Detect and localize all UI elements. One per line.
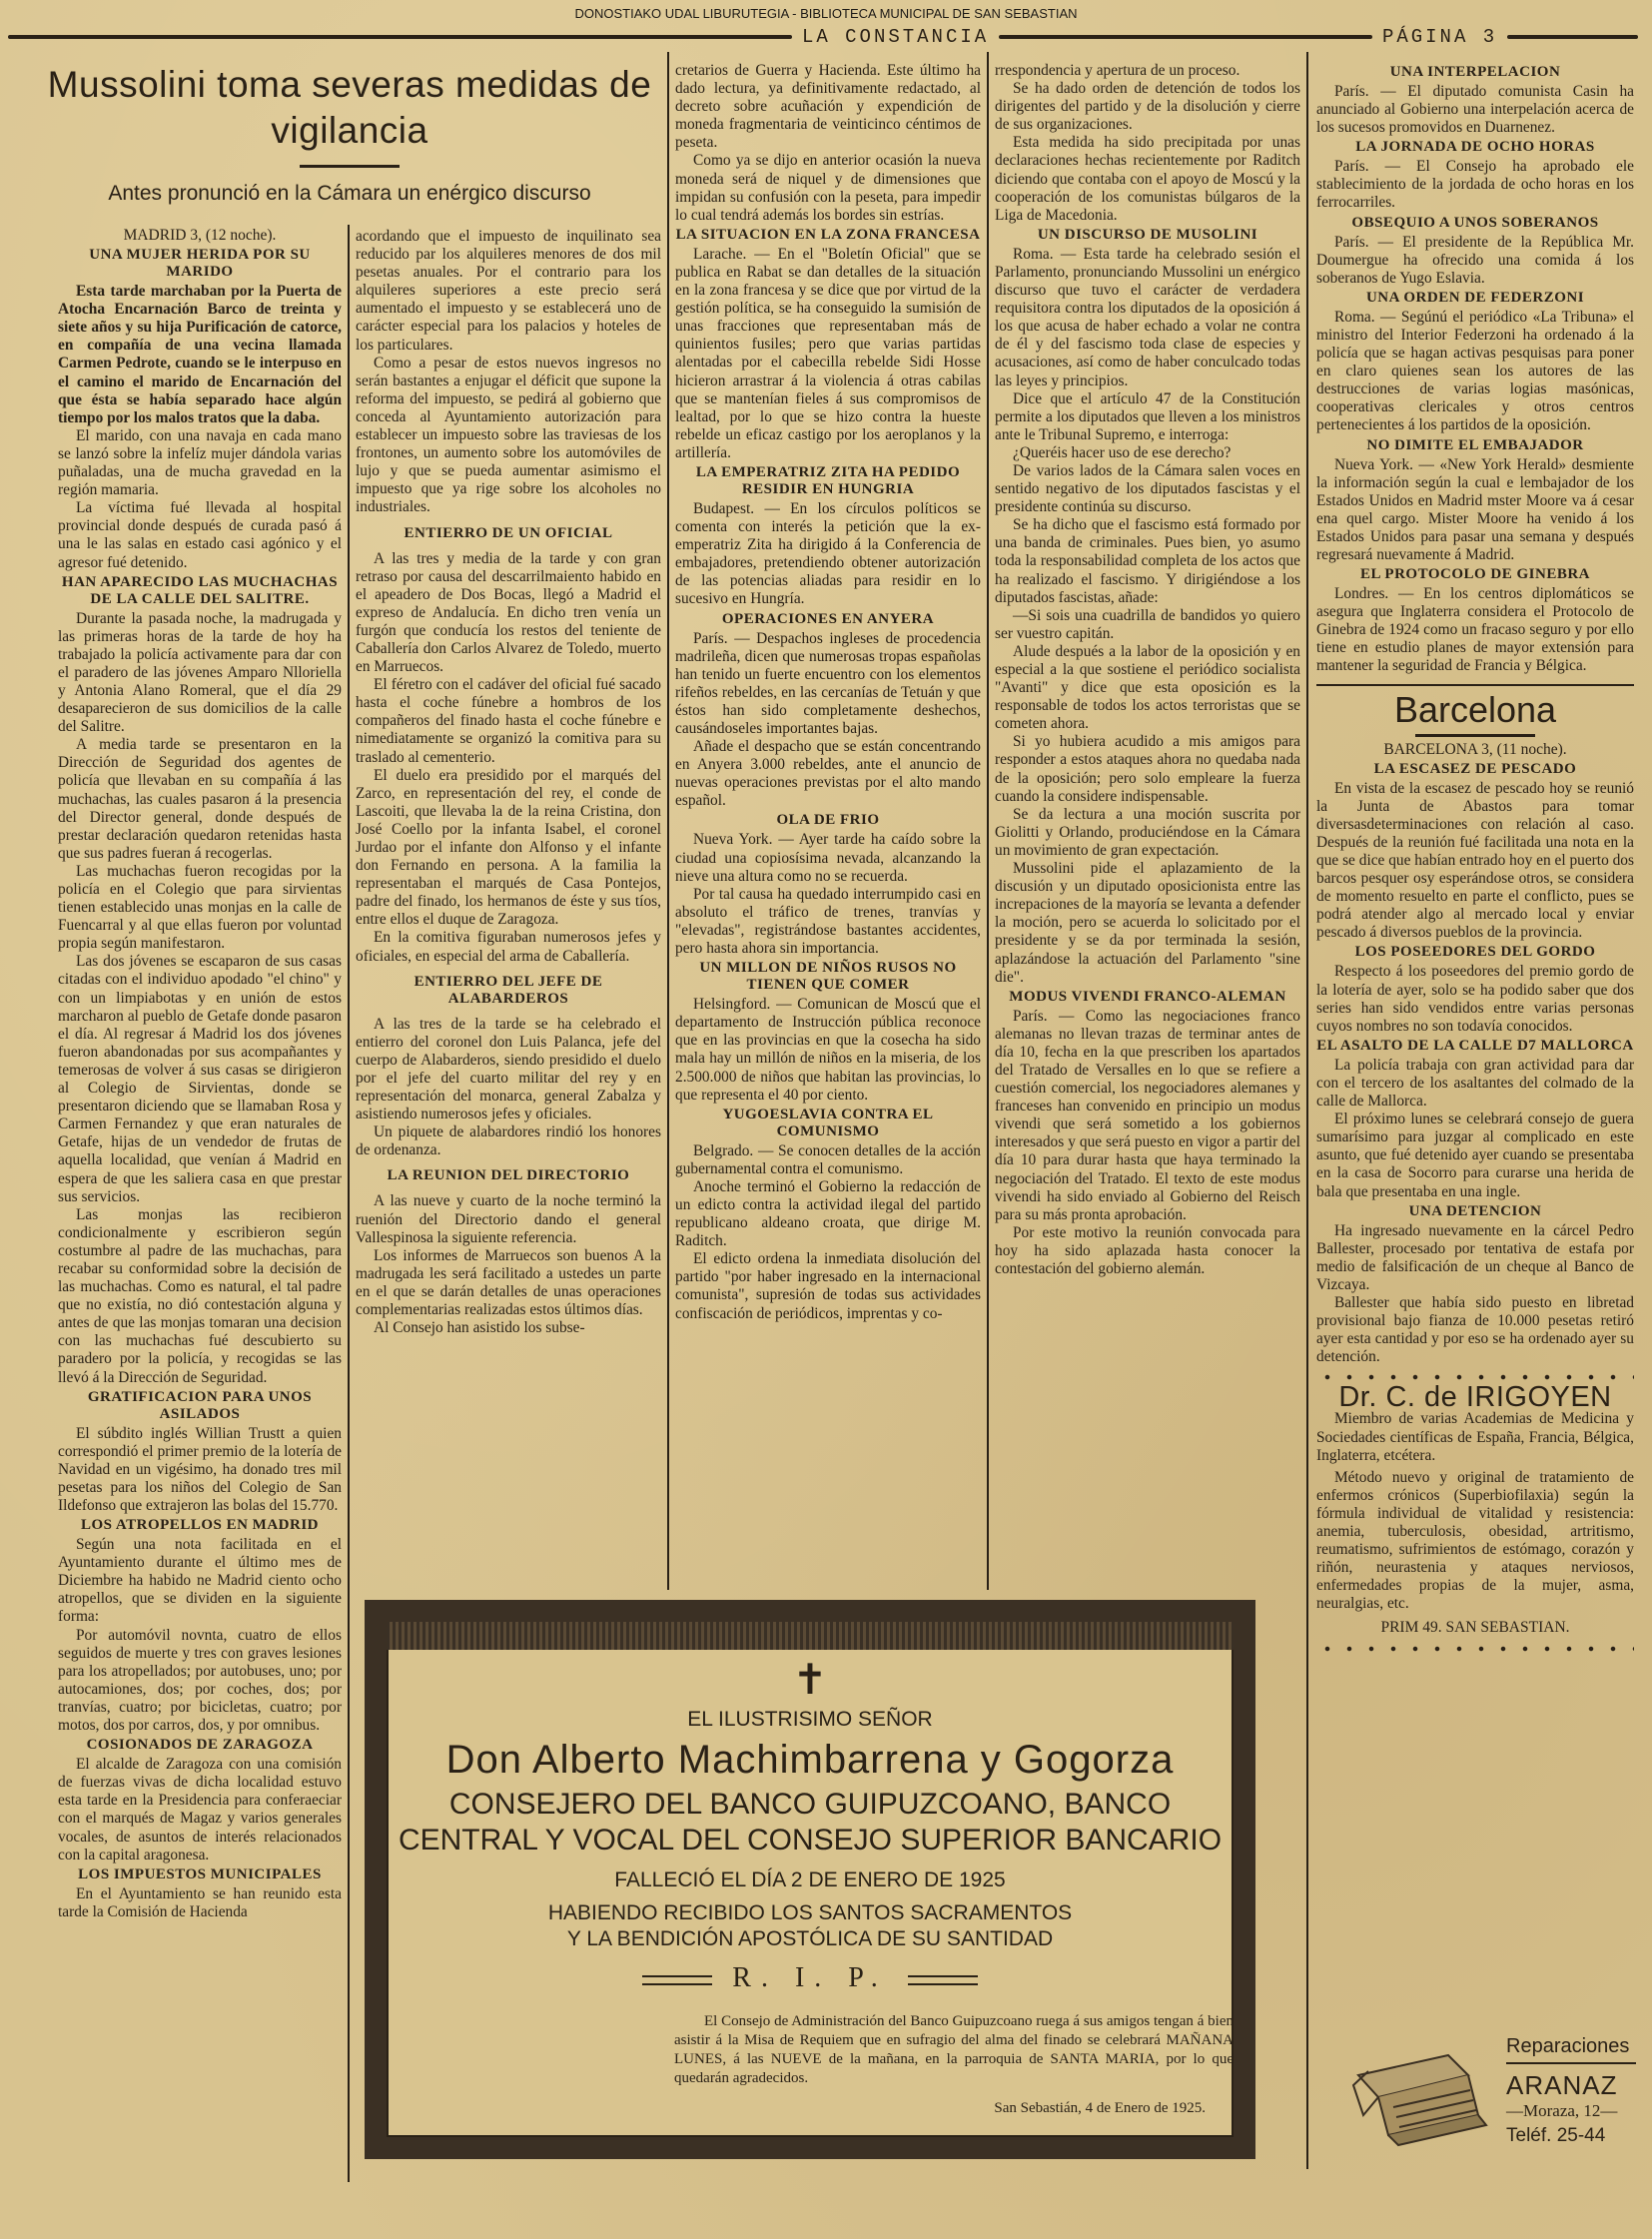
column-1: MADRID 3, (12 noche). UNA MUJER HERIDA P…	[58, 225, 342, 1921]
article-heading: YUGOESLAVIA CONTRA EL COMUNISMO	[675, 1107, 981, 1140]
article-heading: NO DIMITE EL EMBAJADOR	[1316, 437, 1634, 454]
paragraph: París. — Como las negociaciones franco a…	[995, 1008, 1300, 1224]
paragraph: París. — El presidente de la República M…	[1316, 234, 1634, 288]
paragraph: Añade el despacho que se están concentra…	[675, 738, 981, 810]
column-divider	[987, 52, 989, 1590]
paragraph: Londres. — En los centros diplomáticos s…	[1316, 585, 1634, 675]
paragraph: Las dos jóvenes se escaparon de sus casa…	[58, 953, 342, 1205]
paragraph: cretarios de Guerra y Hacienda. Este últ…	[675, 62, 981, 152]
paragraph: Por tal causa ha quedado interrumpido ca…	[675, 886, 981, 958]
paragraph: acordando que el impuesto de inquilinato…	[356, 228, 661, 355]
paragraph: Belgrado. — Se conocen detalles de la ac…	[675, 1142, 981, 1178]
paragraph: Los informes de Marruecos son buenos A l…	[356, 1247, 661, 1319]
article-heading: HAN APARECIDO LAS MUCHACHAS DE LA CALLE …	[58, 574, 342, 608]
paragraph: El marido, con una navaja en cada mano s…	[58, 427, 342, 499]
article-heading: LA JORNADA DE OCHO HORAS	[1316, 139, 1634, 156]
paragraph: Mussolini pide el aplazamiento de la dis…	[995, 860, 1300, 987]
column-2: acordando que el impuesto de inquilinato…	[356, 228, 661, 1337]
paragraph: París. — El diputado comunista Casin ha …	[1316, 83, 1634, 137]
section-rule	[1316, 684, 1634, 686]
article-heading: LA ESCASEZ DE PESCADO	[1316, 761, 1634, 778]
column-divider	[667, 52, 669, 1590]
article-heading: ENTIERRO DEL JEFE DE ALABARDEROS	[356, 974, 661, 1008]
paragraph: Roma. — Segúnú el periódico «La Tribuna»…	[1316, 309, 1634, 435]
paragraph: Como ya se dijo en anterior ocasión la n…	[675, 152, 981, 224]
paragraph: rrespondencia y apertura de un proceso.	[995, 62, 1300, 80]
paragraph: —Si sois una cuadrilla de bandidos yo qu…	[995, 607, 1300, 643]
dateline: MADRID 3, (12 noche).	[58, 227, 342, 245]
article-heading: OLA DE FRIO	[675, 812, 981, 829]
article-heading: LOS IMPUESTOS MUNICIPALES	[58, 1866, 342, 1883]
paragraph: Budapest. — En los círculos políticos se…	[675, 500, 981, 609]
aranaz-advert: Reparaciones ARANAZ —Moraza, 12— Teléf. …	[1318, 2025, 1648, 2165]
dateline: BARCELONA 3, (11 noche).	[1316, 741, 1634, 759]
paragraph: Anoche terminó el Gobierno la redacción …	[675, 1178, 981, 1250]
paragraph: Un piquete de alabardores rindió los hon…	[356, 1123, 661, 1159]
paragraph: Por este motivo la reunión convocada par…	[995, 1224, 1300, 1278]
paragraph: La víctima fué llevada al hospital provi…	[58, 499, 342, 571]
paragraph: A las tres y media de la tarde y con gra…	[356, 550, 661, 677]
column-4: rrespondencia y apertura de un proceso. …	[995, 62, 1300, 1278]
obituary-honorific: EL ILUSTRISIMO SEÑOR	[395, 1708, 1226, 1732]
library-watermark: DONOSTIAKO UDAL LIBURUTEGIA - BIBLIOTECA…	[0, 6, 1652, 21]
paragraph: ¿Queréis hacer uso de ese derecho?	[995, 444, 1300, 462]
article-heading: LA REUNION DEL DIRECTORIO	[356, 1167, 661, 1184]
paragraph: El duelo era presidido por el marqués de…	[356, 767, 661, 930]
paragraph: Se ha dicho que el fascismo está formado…	[995, 516, 1300, 606]
paragraph: Ballester que había sido puesto en libre…	[1316, 1294, 1634, 1366]
paragraph: Método nuevo y original de tratamiento d…	[1316, 1469, 1634, 1614]
typewriter-icon	[1338, 2035, 1488, 2155]
article-heading: COSIONADOS DE ZARAGOZA	[58, 1737, 342, 1754]
paragraph: El próximo lunes se celebrará consejo de…	[1316, 1111, 1634, 1200]
article-heading: OBSEQUIO A UNOS SOBERANOS	[1316, 215, 1634, 232]
article-heading: UNA ORDEN DE FEDERZONI	[1316, 290, 1634, 307]
obituary-sacraments-2: Y LA BENDICIÓN APOSTÓLICA DE SU SANTIDAD	[395, 1926, 1226, 1952]
paragraph: Se ha dado orden de detención de todos l…	[995, 80, 1300, 134]
doctor-ad-address: PRIM 49. SAN SEBASTIAN.	[1316, 1619, 1634, 1637]
article-heading: UNA DETENCION	[1316, 1203, 1634, 1220]
paragraph: El alcalde de Zaragoza con una comisión …	[58, 1756, 342, 1865]
paragraph: Las muchachas fueron recogidas por la po…	[58, 863, 342, 953]
aranaz-address: —Moraza, 12—	[1506, 2101, 1636, 2121]
article-heading: LA SITUACION EN LA ZONA FRANCESA	[675, 227, 981, 244]
article-heading: UN DISCURSO DE MUSOLINI	[995, 227, 1300, 244]
paragraph: Si yo hubiera acudido a mis amigos para …	[995, 733, 1300, 805]
obituary-role: CONSEJERO DEL BANCO GUIPUZCOANO, BANCO C…	[395, 1787, 1226, 1859]
paragraph: En el Ayuntamiento se han reunido esta t…	[58, 1885, 342, 1921]
paragraph: El edicto ordena la inmediata disolución…	[675, 1250, 981, 1322]
article-heading: OPERACIONES EN ANYERA	[675, 611, 981, 628]
article-heading: ENTIERRO DE UN OFICIAL	[356, 525, 661, 542]
paragraph: Durante la pasada noche, la madrugada y …	[58, 610, 342, 737]
aranaz-service: Reparaciones	[1506, 2035, 1636, 2064]
paragraph: Ha ingresado nuevamente en la cárcel Ped…	[1316, 1222, 1634, 1294]
article-heading: UN MILLON DE NIÑOS RUSOS NO TIENEN QUE C…	[675, 960, 981, 994]
obituary-notice: ✝ EL ILUSTRISIMO SEÑOR Don Alberto Machi…	[365, 1600, 1255, 2159]
obituary-content: ✝ EL ILUSTRISIMO SEÑOR Don Alberto Machi…	[395, 1658, 1226, 2129]
column-5: UNA INTERPELACION París. — El diputado c…	[1316, 62, 1634, 1660]
masthead-rule-right	[1507, 35, 1638, 39]
article-heading: EL PROTOCOLO DE GINEBRA	[1316, 566, 1634, 583]
paragraph: Al Consejo han asistido los subse-	[356, 1319, 661, 1337]
ornament-rule	[300, 165, 400, 168]
paragraph: París. — Despachos ingleses de procedenc…	[675, 630, 981, 739]
paragraph: En vista de la escasez de pescado hoy se…	[1316, 780, 1634, 943]
column-divider	[348, 225, 350, 2182]
page-number: PÁGINA 3	[1382, 26, 1497, 48]
paragraph: En la comitiva figuraban numerosos jefes…	[356, 929, 661, 965]
paragraph: A media tarde se presentaron en la Direc…	[58, 736, 342, 863]
paragraph: Según una nota facilitada en el Ayuntami…	[58, 1536, 342, 1626]
paragraph: Larache. — En el "Boletín Oficial" que s…	[675, 246, 981, 462]
column-divider	[1306, 52, 1308, 2169]
article-heading: UNA MUJER HERIDA POR SU MARIDO	[58, 247, 342, 281]
paragraph: Respecto á los poseedores del premio gor…	[1316, 963, 1634, 1035]
paragraph: De varios lados de la Cámara salen voces…	[995, 462, 1300, 516]
paragraph: Miembro de varias Academias de Medicina …	[1316, 1410, 1634, 1464]
masthead-rule-mid	[999, 35, 1372, 39]
paragraph: Se da lectura a una moción suscrita por …	[995, 806, 1300, 860]
newspaper-title: LA CONSTANCIA	[802, 26, 989, 48]
lead-headline: Mussolini toma severas medidas de vigila…	[30, 62, 669, 154]
paragraph: Alude después a la labor de la oposición…	[995, 643, 1300, 733]
column-3: cretarios de Guerra y Hacienda. Este últ…	[675, 62, 981, 1323]
paragraph: Roma. — Esta tarde ha celebrado sesión e…	[995, 246, 1300, 390]
masthead: LA CONSTANCIA PÁGINA 3	[8, 26, 1638, 48]
paragraph: Helsingford. — Comunican de Moscú que el…	[675, 996, 981, 1105]
doctor-ad-title: Dr. C. de IRIGOYEN	[1316, 1388, 1634, 1406]
paragraph: Esta tarde marchaban por la Puerta de At…	[58, 283, 342, 427]
paragraph: Nueva York. — Ayer tarde ha caído sobre …	[675, 831, 981, 885]
paragraph: El súbdito inglés Willian Trustt a quien…	[58, 1425, 342, 1515]
article-heading: LA EMPERATRIZ ZITA HA PEDIDO RESIDIR EN …	[675, 464, 981, 498]
obituary-death-date: FALLECIÓ EL DÍA 2 DE ENERO DE 1925	[395, 1868, 1226, 1892]
paragraph: París. — El Consejo ha aprobado ele stab…	[1316, 158, 1634, 212]
paragraph: A las nueve y cuarto de la noche terminó…	[356, 1192, 661, 1246]
paragraph: Nueva York. — «New York Herald» desmient…	[1316, 456, 1634, 565]
obituary-rip: R. I. P.	[395, 1962, 1226, 1994]
obituary-signature: San Sebastián, 4 de Enero de 1925.	[395, 2100, 1206, 2117]
article-heading: LOS ATROPELLOS EN MADRID	[58, 1517, 342, 1534]
ornament-dots	[1316, 1644, 1634, 1654]
paragraph: Por automóvil novnta, cuatro de ellos se…	[58, 1627, 342, 1736]
article-heading: EL ASALTO DE LA CALLE D7 MALLORCA	[1316, 1038, 1634, 1055]
article-heading: UNA INTERPELACION	[1316, 64, 1634, 81]
article-heading: LOS POSEEDORES DEL GORDO	[1316, 944, 1634, 961]
paragraph: El féretro con el cadáver del oficial fu…	[356, 676, 661, 766]
aranaz-phone: Teléf. 25-44	[1506, 2125, 1636, 2147]
ornament-rule	[1415, 734, 1535, 737]
section-title-barcelona: Barcelona	[1316, 688, 1634, 732]
obituary-body: El Consejo de Administración del Banco G…	[674, 2012, 1234, 2088]
article-heading: GRATIFICACION PARA UNOS ASILADOS	[58, 1389, 342, 1423]
cross-icon: ✝	[395, 1658, 1226, 1702]
obituary-sacraments-1: HABIENDO RECIBIDO LOS SANTOS SACRAMENTOS	[395, 1900, 1226, 1926]
masthead-rule-left	[8, 35, 792, 39]
obituary-name: Don Alberto Machimbarrena y Gogorza	[395, 1738, 1226, 1783]
paragraph: La policía trabaja con gran actividad pa…	[1316, 1057, 1634, 1111]
aranaz-name: ARANAZ	[1506, 2070, 1636, 2101]
paragraph: Las monjas las recibieron condicionalmen…	[58, 1206, 342, 1387]
paragraph: Esta medida ha sido precipitada por unas…	[995, 134, 1300, 224]
paragraph: Como a pesar de estos nuevos ingresos no…	[356, 355, 661, 517]
paragraph: Dice que el artículo 47 de la Constituci…	[995, 390, 1300, 444]
mourning-band	[387, 1622, 1234, 1650]
article-heading: MODUS VIVENDI FRANCO-ALEMAN	[995, 989, 1300, 1006]
aranaz-text: Reparaciones ARANAZ —Moraza, 12— Teléf. …	[1506, 2035, 1636, 2147]
lead-subhead: Antes pronunció en la Cámara un enérgico…	[30, 182, 669, 206]
paragraph: A las tres de la tarde se ha celebrado e…	[356, 1016, 661, 1124]
